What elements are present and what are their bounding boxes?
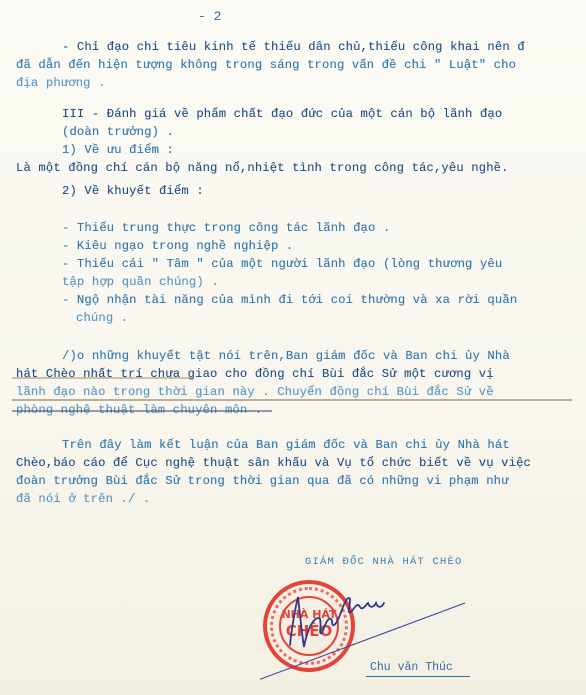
summary-line-2: Chèo,báo cáo để Cục nghệ thuật sân khấu … xyxy=(16,456,531,470)
conclusion-line-1: /)o những khuyết tật nói trên,Ban giám đ… xyxy=(62,349,510,363)
summary-line-3: đoàn trưởng Bùi đắc Sử trong thời gian q… xyxy=(16,474,509,488)
signer-name: Chu văn Thúc xyxy=(370,661,453,674)
document-page: - 2 - Chỉ đạo chi tiêu kinh tế thiếu dân… xyxy=(0,0,586,695)
ink-smear xyxy=(12,410,272,412)
signer-name-underline xyxy=(366,676,470,677)
subheading-weaknesses: 2) Về khuyết điểm : xyxy=(62,184,204,198)
section-3-heading-line-1: III - Đánh giá về phẩm chất đạo đức của … xyxy=(62,107,502,121)
signer-title: GIÁM ĐỐC NHÀ HÁT CHÈO xyxy=(305,556,463,568)
summary-line-4: đã nói ở trên ./ . xyxy=(16,492,150,506)
ink-smear xyxy=(12,377,192,379)
fault-item-3-line-2: tập hợp quần chúng) . xyxy=(62,275,219,289)
paragraph-1-line-3: địa phương . xyxy=(16,76,106,90)
fault-item-3-line-1: - Thiếu cái " Tâm " của một người lãnh đ… xyxy=(62,257,502,271)
strengths-text: Là một đồng chí cán bộ năng nổ,nhiệt tìn… xyxy=(16,161,509,175)
fault-item-4-line-2: chúng . xyxy=(76,311,128,325)
fault-item-2: - Kiêu ngạo trong nghề nghiệp . xyxy=(62,239,293,253)
conclusion-line-3: lãnh đạo nào trong thời gian này . Chuyể… xyxy=(16,385,494,399)
page-number: - 2 xyxy=(198,9,221,24)
fault-item-1: - Thiếu trung thực trong công tác lãnh đ… xyxy=(62,221,390,235)
subheading-strengths: 1) Về ưu điểm : xyxy=(62,143,174,157)
paragraph-1-line-2: đã dẫn đến hiện tượng không trong sáng t… xyxy=(16,58,516,72)
summary-line-1: Trên đây làm kết luận của Ban giám đốc v… xyxy=(62,438,510,452)
ink-smear xyxy=(12,399,572,401)
paragraph-1-line-1: - Chỉ đạo chi tiêu kinh tế thiếu dân chủ… xyxy=(62,40,525,54)
fault-item-4-line-1: - Ngộ nhận tài năng của mình đi tới coi … xyxy=(62,293,517,307)
section-3-heading-line-2: (doàn trưởng) . xyxy=(62,125,174,139)
